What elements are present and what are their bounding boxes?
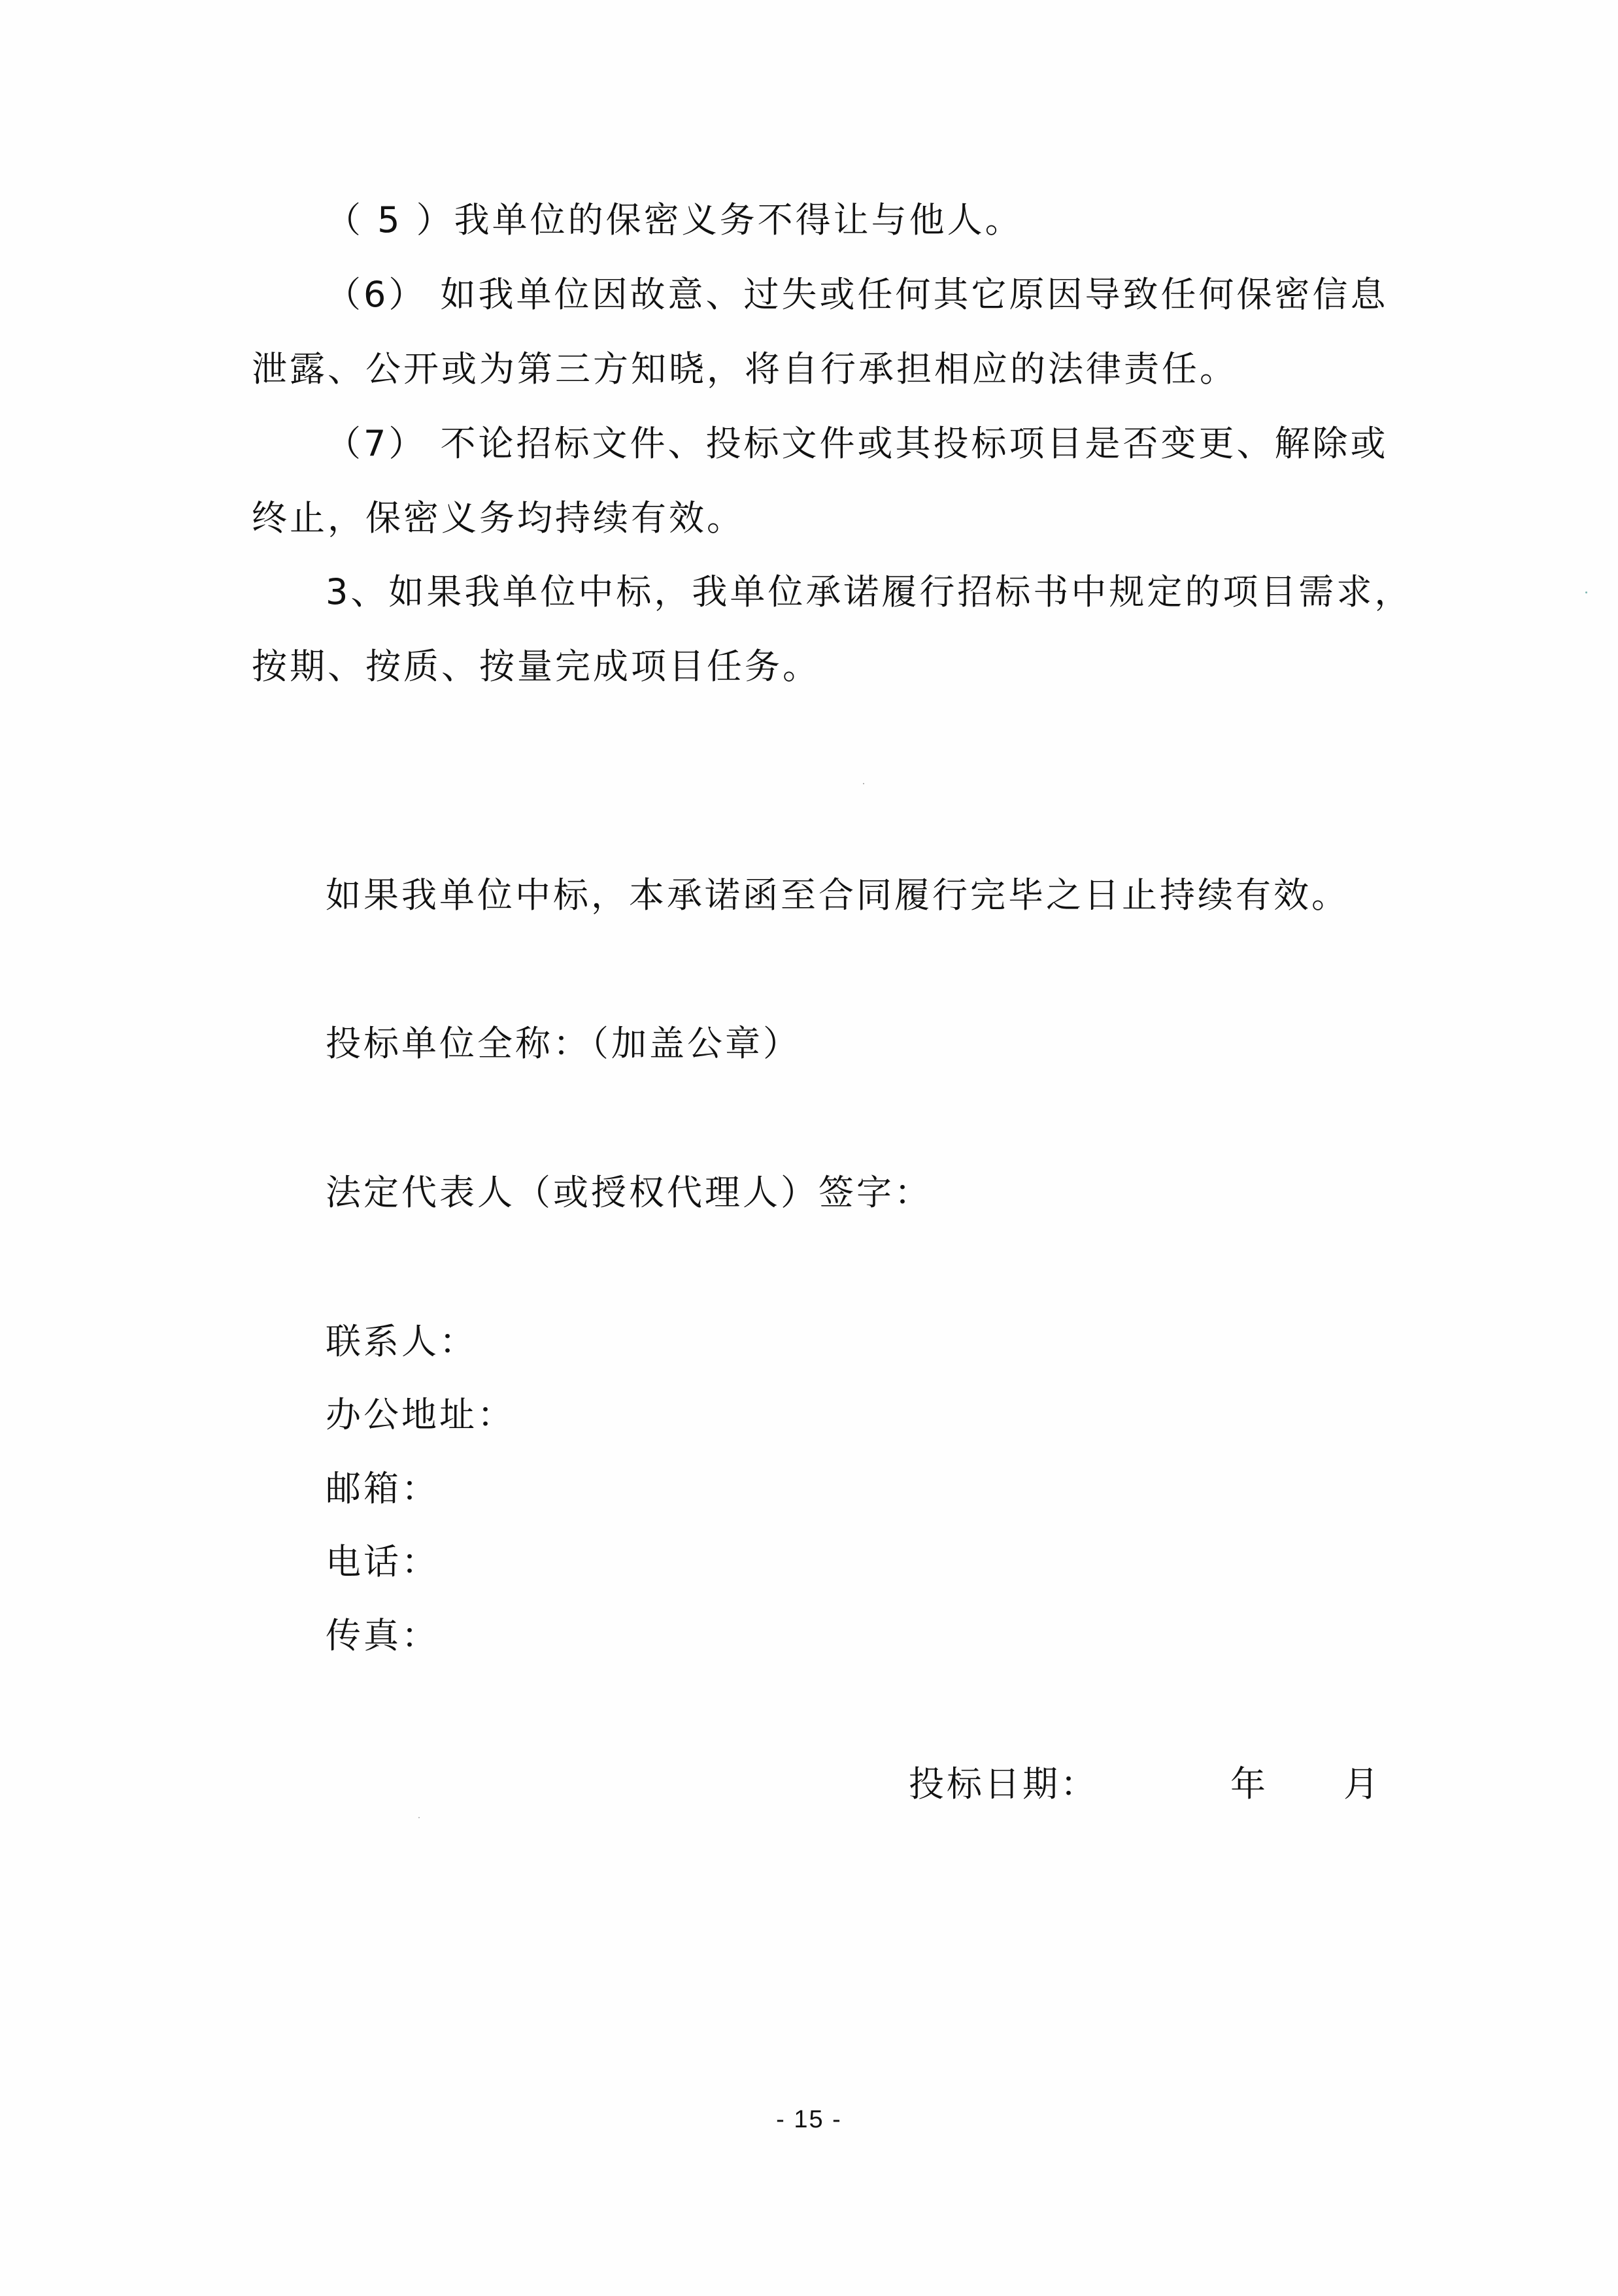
fax-label: 传真： bbox=[326, 1614, 439, 1657]
item-3-line-1: 3、如果我单位中标，我单位承诺履行招标书中规定的项目需求， bbox=[326, 571, 1362, 614]
clause-6-line-1: （6） 如我单位因故意、过失或任何其它原因导致任何保密信息 bbox=[326, 273, 1379, 316]
legal-rep-signature-label: 法定代表人（或授权代理人）签字： bbox=[326, 1171, 932, 1214]
document-page: （ 5 ）我单位的保密义务不得让与他人。 （6） 如我单位因故意、过失或任何其它… bbox=[0, 0, 1618, 2296]
scan-speck bbox=[1585, 591, 1587, 593]
clause-5-line-1: （ 5 ）我单位的保密义务不得让与他人。 bbox=[326, 199, 1023, 242]
clause-6-line-2: 泄露、公开或为第三方知晓，将自行承担相应的法律责任。 bbox=[252, 348, 1238, 391]
clause-7-line-2: 终止，保密义务均持续有效。 bbox=[252, 497, 745, 540]
scan-speck bbox=[418, 1817, 420, 1818]
page-number: - 15 - bbox=[0, 2106, 1618, 2134]
phone-label: 电话： bbox=[326, 1540, 439, 1584]
office-address-label: 办公地址： bbox=[326, 1393, 515, 1437]
clause-7-line-1: （7） 不论招标文件、投标文件或其投标项目是否变更、解除或 bbox=[326, 422, 1379, 465]
month-label: 月 bbox=[1343, 1763, 1381, 1806]
email-label: 邮箱： bbox=[326, 1467, 439, 1510]
bidder-name-label: 投标单位全称：（加盖公章） bbox=[326, 1022, 801, 1065]
item-3-line-2: 按期、按质、按量完成项目任务。 bbox=[252, 645, 820, 688]
scan-speck bbox=[863, 783, 864, 784]
validity-statement: 如果我单位中标，本承诺函至合同履行完毕之日止持续有效。 bbox=[326, 874, 1349, 917]
year-label: 年 bbox=[1230, 1763, 1268, 1806]
contact-person-label: 联系人： bbox=[326, 1320, 477, 1363]
bid-date-label: 投标日期： bbox=[909, 1763, 1098, 1806]
